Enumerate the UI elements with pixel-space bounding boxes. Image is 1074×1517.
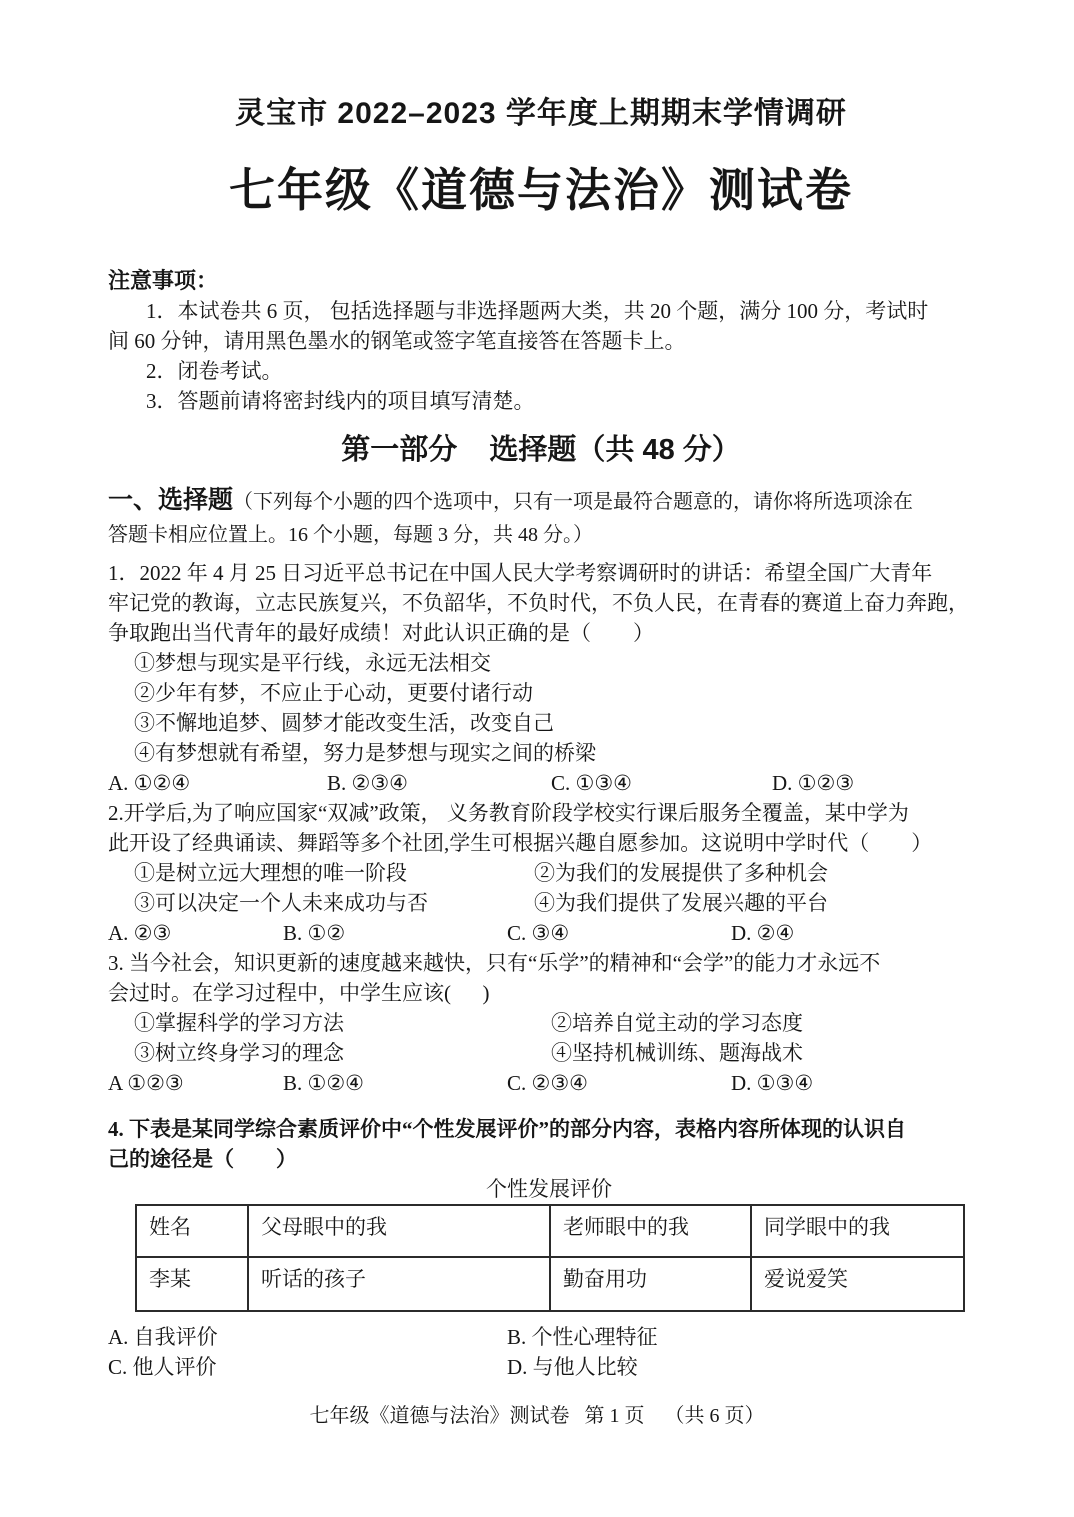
q2-subitem-row-2: ③可以决定一个人未来成功与否 ④为我们提供了发展兴趣的平台 — [108, 888, 974, 918]
notice-heading: 注意事项： — [108, 266, 974, 296]
q4-option-b: B. 个性心理特征 — [507, 1322, 658, 1352]
page-footer: 七年级《道德与法治》测试卷 第 1 页 （共 6 页） — [0, 1402, 1074, 1430]
q1-option-b: B. ②③④ — [327, 768, 408, 798]
q3-subitem-4: ④坚持机械训练、题海战术 — [551, 1038, 803, 1068]
notice-item-1-line-2: 间 60 分钟，请用黑色墨水的钢笔或签字笔直接答在答题卡上。 — [108, 326, 974, 356]
q1-option-a: A. ①②④ — [108, 768, 190, 798]
exam-paper-page: 灵宝市 2022–2023 学年度上期期末学情调研 七年级《道德与法治》测试卷 … — [0, 0, 1074, 1517]
notice-item-3: 3．答题前请将密封线内的项目填写清楚。 — [108, 386, 974, 416]
q2-stem-line-1: 2.开学后,为了响应国家“双减”政策， 义务教育阶段学校实行课后服务全覆盖，某中… — [108, 798, 974, 828]
q3-stem-line-2: 会过时。在学习过程中，中学生应该( ) — [108, 978, 974, 1008]
q3-subitem-2: ②培养自觉主动的学习态度 — [551, 1008, 803, 1038]
q2-subitem-2: ②为我们的发展提供了多种机会 — [534, 858, 828, 888]
table-cell-parents-value: 听话的孩子 — [248, 1257, 550, 1311]
table-cell-classmates-value: 爱说爱笑 — [751, 1257, 964, 1311]
q1-subitem-3: ③不懈地追梦、圆梦才能改变生活，改变自己 — [108, 708, 974, 738]
q2-options: A. ②③ B. ①② C. ③④ D. ②④ — [108, 918, 974, 948]
q4-eval-table: 姓名 父母眼中的我 老师眼中的我 同学眼中的我 李某 听话的孩子 勤奋用功 爱说… — [135, 1204, 965, 1312]
q2-option-a: A. ②③ — [108, 918, 171, 948]
q2-subitem-3: ③可以决定一个人未来成功与否 — [134, 888, 428, 918]
table-cell-student-name: 李某 — [136, 1257, 248, 1311]
q1-stem-line-1: 1．2022 年 4 月 25 日习近平总书记在中国人民大学考察调研时的讲话：希… — [108, 558, 974, 588]
table-cell-teacher-view: 老师眼中的我 — [550, 1205, 751, 1257]
q3-option-d: D. ①③④ — [731, 1068, 813, 1098]
q3-subitem-row-2: ③树立终身学习的理念 ④坚持机械训练、题海战术 — [108, 1038, 974, 1068]
section-intro-line-1: 一、选择题（下列每个小题的四个选项中，只有一项是最符合题意的，请你将所选项涂在 — [108, 484, 974, 520]
q4-table-title: 个性发展评价 — [135, 1174, 963, 1204]
q4-options-row-2: C. 他人评价 D. 与他人比较 — [108, 1352, 974, 1382]
part1-heading: 第一部分 选择题（共 48 分） — [108, 430, 974, 470]
q3-option-b: B. ①②④ — [283, 1068, 364, 1098]
q1-option-d: D. ①②③ — [772, 768, 854, 798]
section-intro-lead: 一、选择题 — [108, 486, 233, 514]
q2-subitem-row-1: ①是树立远大理想的唯一阶段 ②为我们的发展提供了多种机会 — [108, 858, 974, 888]
page-content: 灵宝市 2022–2023 学年度上期期末学情调研 七年级《道德与法治》测试卷 … — [108, 0, 974, 1382]
doc-subtitle: 七年级《道德与法治》测试卷 — [108, 164, 974, 216]
q1-stem-line-2: 牢记党的教诲，立志民族复兴，不负韶华，不负时代，不负人民，在青春的赛道上奋力奔跑… — [108, 588, 974, 618]
table-cell-teacher-value: 勤奋用功 — [550, 1257, 751, 1311]
table-header-row: 姓名 父母眼中的我 老师眼中的我 同学眼中的我 — [136, 1205, 964, 1257]
q1-subitem-4: ④有梦想就有希望，努力是梦想与现实之间的桥梁 — [108, 738, 974, 768]
q4-option-d: D. 与他人比较 — [507, 1352, 638, 1382]
q3-option-a: A ①②③ — [108, 1068, 184, 1098]
q1-stem-line-3: 争取跑出当代青年的最好成绩！对此认识正确的是（ ） — [108, 618, 974, 648]
notice-item-2: 2．闭卷考试。 — [108, 356, 974, 386]
section-intro-line-2: 答题卡相应位置上。16 个小题，每题 3 分，共 48 分。） — [108, 520, 974, 550]
q3-stem-line-1: 3. 当今社会，知识更新的速度越来越快，只有“乐学”的精神和“会学”的能力才永远… — [108, 948, 974, 978]
q1-subitem-1: ①梦想与现实是平行线，永远无法相交 — [108, 648, 974, 678]
table-cell-classmates-view: 同学眼中的我 — [751, 1205, 964, 1257]
q2-subitem-1: ①是树立远大理想的唯一阶段 — [134, 858, 407, 888]
q3-option-c: C. ②③④ — [507, 1068, 588, 1098]
q2-stem-line-2: 此开设了经典诵读、舞蹈等多个社团,学生可根据兴趣自愿参加。这说明中学时代（ ） — [108, 828, 974, 858]
q2-subitem-4: ④为我们提供了发展兴趣的平台 — [534, 888, 828, 918]
q2-option-d: D. ②④ — [731, 918, 794, 948]
q4-option-a: A. 自我评价 — [108, 1322, 218, 1352]
q1-subitem-2: ②少年有梦，不应止于心动，更要付诸行动 — [108, 678, 974, 708]
q3-subitem-1: ①掌握科学的学习方法 — [134, 1008, 344, 1038]
q2-option-c: C. ③④ — [507, 918, 569, 948]
q3-options: A ①②③ B. ①②④ C. ②③④ D. ①③④ — [108, 1068, 974, 1098]
q3-subitem-3: ③树立终身学习的理念 — [134, 1038, 344, 1068]
q1-option-c: C. ①③④ — [551, 768, 632, 798]
q4-stem-line-2: 己的途径是（ ） — [108, 1144, 974, 1174]
notice-item-1-line-1: 1．本试卷共 6 页， 包括选择题与非选择题两大类，共 20 个题，满分 100… — [108, 296, 974, 326]
table-cell-parents-view: 父母眼中的我 — [248, 1205, 550, 1257]
q3-subitem-row-1: ①掌握科学的学习方法 ②培养自觉主动的学习态度 — [108, 1008, 974, 1038]
doc-title: 灵宝市 2022–2023 学年度上期期末学情调研 — [108, 96, 974, 132]
q1-options: A. ①②④ B. ②③④ C. ①③④ D. ①②③ — [108, 768, 974, 798]
table-cell-name-label: 姓名 — [136, 1205, 248, 1257]
q4-options-row-1: A. 自我评价 B. 个性心理特征 — [108, 1322, 974, 1352]
q4-stem-line-1: 4. 下表是某同学综合素质评价中“个性发展评价”的部分内容，表格内容所体现的认识… — [108, 1114, 974, 1144]
section-intro-rest: （下列每个小题的四个选项中，只有一项是最符合题意的，请你将所选项涂在 — [233, 491, 913, 513]
table-data-row: 李某 听话的孩子 勤奋用功 爱说爱笑 — [136, 1257, 964, 1311]
q2-option-b: B. ①② — [283, 918, 345, 948]
q4-option-c: C. 他人评价 — [108, 1352, 217, 1382]
